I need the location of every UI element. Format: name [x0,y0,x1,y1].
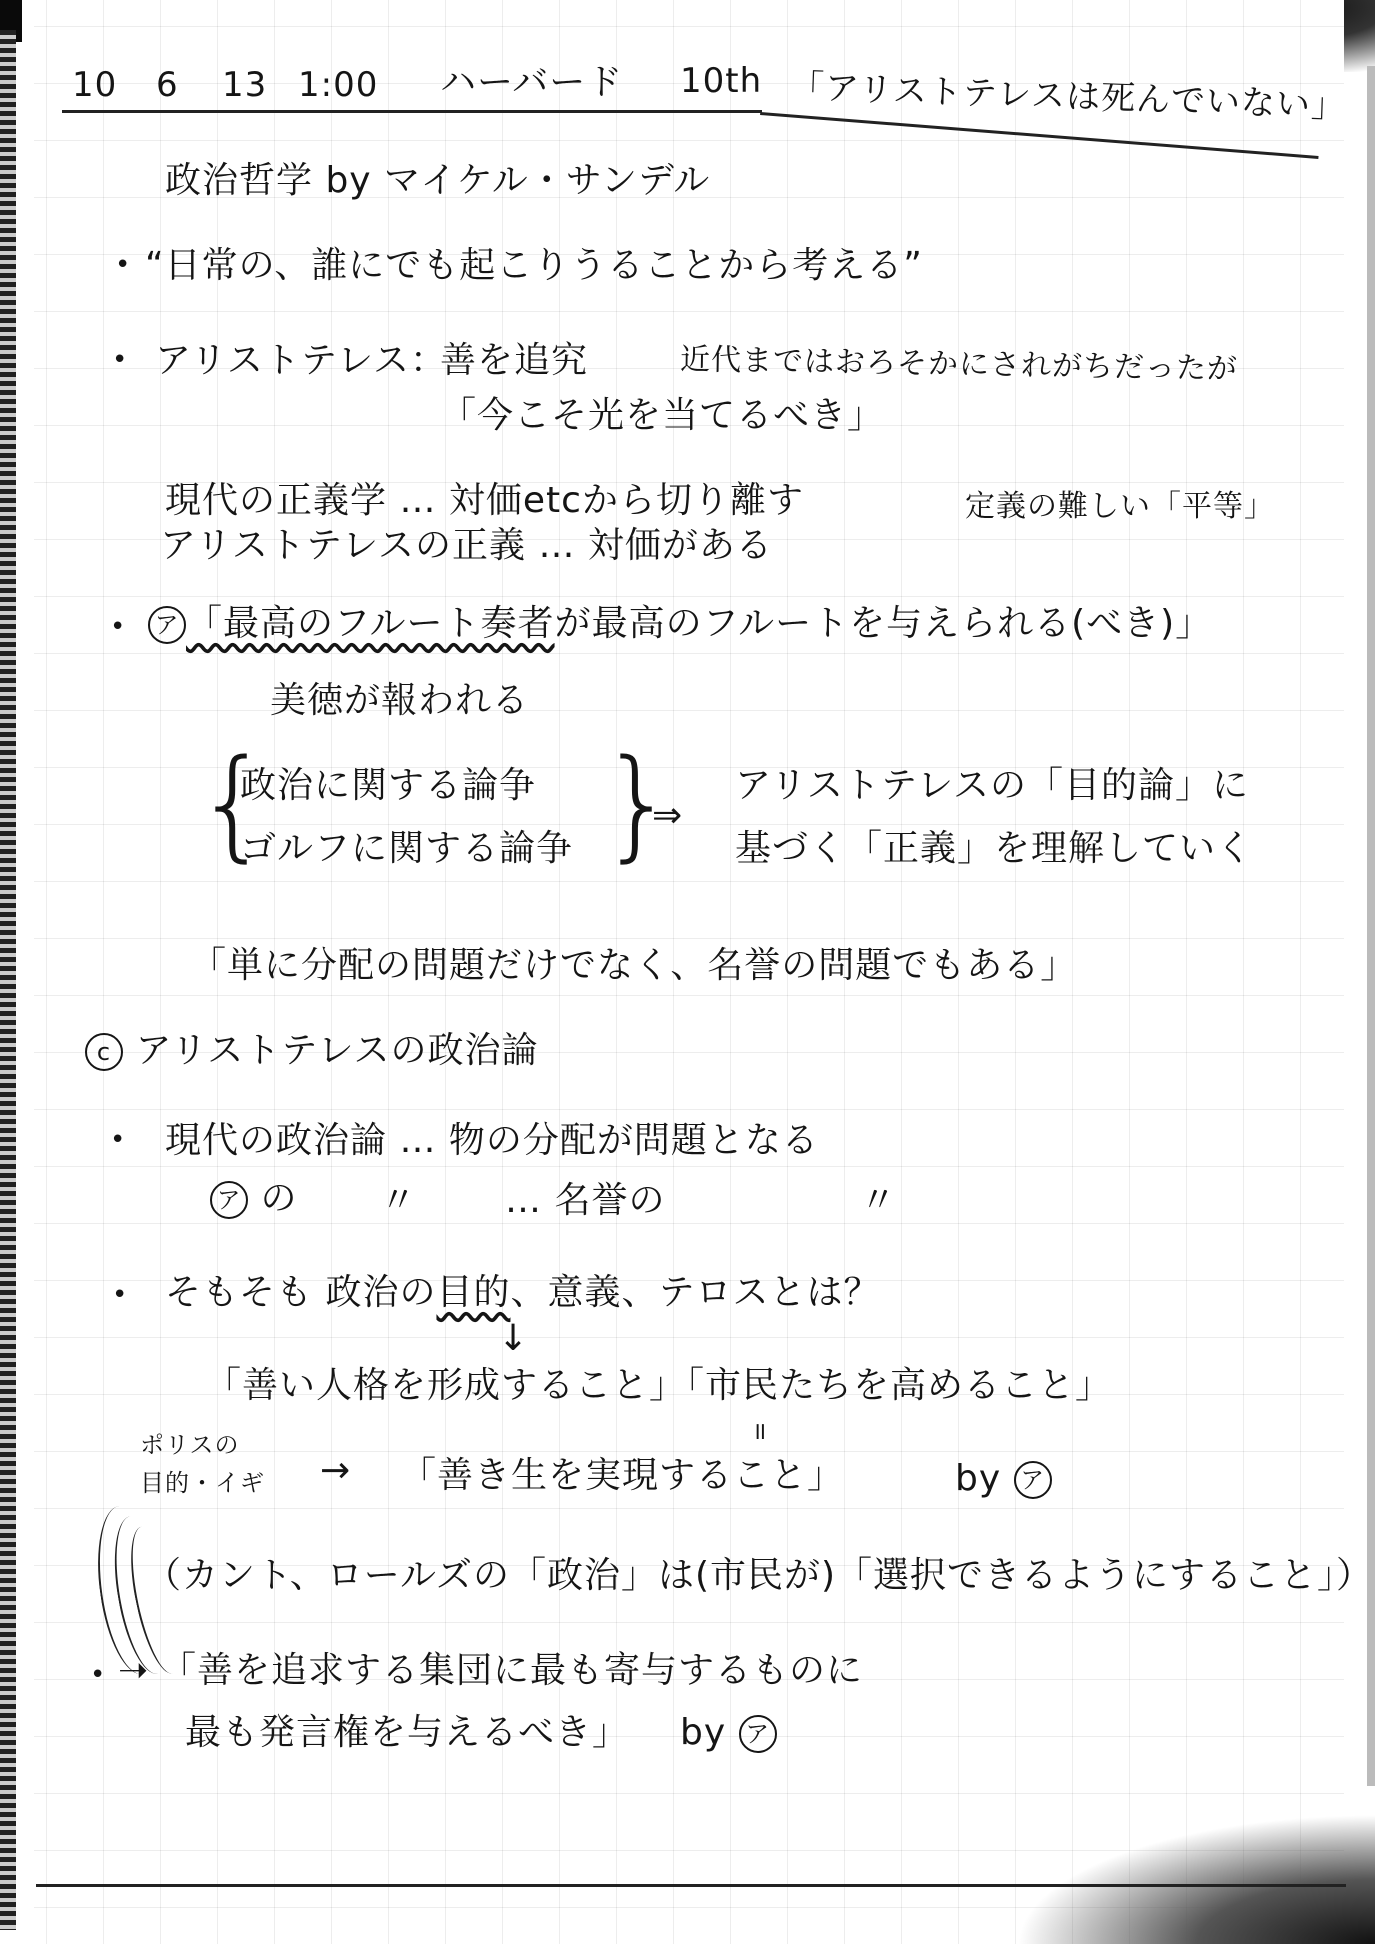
purpose-rest: 、意義、テロスとは？ [510,1272,880,1313]
brace-item-golf: ゴルフに関する論争 [240,828,573,869]
spiral-binding [0,30,16,1930]
note-honor-of: … 名誉の [505,1180,665,1221]
bullet: • [110,1125,125,1155]
note-honor-quote: 「単に分配の問題だけでなく、名誉の問題でもある」 [190,945,1077,986]
by-label: by [955,1458,1001,1499]
purpose-prefix: そもそも 政治の [165,1272,436,1313]
bottom-rule [36,1884,1346,1887]
implies-arrow-icon: ⇒ [652,795,683,836]
section-c-title: アリストテレスの政治論 [135,1030,538,1071]
note-quote-everyday: “日常の、誰にでも起こりうることから考える” [145,245,923,286]
bullet: • [112,345,127,375]
note-purpose-question: そもそも 政治の目的、意義、テロスとは？ [165,1272,880,1313]
note-voice-line1: 「善を追求する集団に最も寄与するものに [160,1650,863,1691]
note-good-life: 「善き生を実現すること」 [400,1455,844,1496]
header-month: 6 [156,66,179,105]
marker-a-circle: ア [210,1181,248,1219]
note-aristotle-text: 善を追究 [440,340,588,381]
section-c-heading: c アリストテレスの政治論 [85,1030,539,1071]
page-shadow-bottom-right [1015,1814,1375,1944]
header-lecture-no: 10th [680,62,762,101]
brace-item-politics: 政治に関する論争 [240,765,536,806]
bullet: • [110,612,125,642]
note-modern-justice: 現代の正義学 … 対価etcから切り離す [165,480,804,521]
note-aristotle-label: アリストテレス： [155,340,447,381]
header-day: 13 [222,66,267,105]
note-aristotle-quote: 「今こそ光を当てるべき」 [440,395,884,436]
bullet: • [90,1660,105,1690]
marker-a-circle: ア [148,606,186,644]
header-time: 1:00 [298,66,378,105]
conclusion-line1: アリストテレスの「目的論」に [735,765,1249,806]
header-rule [62,110,762,117]
purpose-underlined: 目的 [436,1272,510,1313]
particle-no: の [260,1178,297,1219]
conclusion-line2: 基づく「正義」を理解していく [735,828,1253,869]
note-voice-line2: 最も発言権を与えるべき」 [185,1712,629,1753]
by-label: by [680,1712,726,1753]
subtitle: 政治哲学 by マイケル・サンデル [165,160,710,201]
header-year: 10 [72,66,117,105]
note-flute: ア「最高のフルート奏者が最高のフルートを与えられる(べき)」 [148,603,1212,644]
ditto-mark-2: 〃 [860,1180,897,1221]
down-arrow-icon: ↓ [498,1318,529,1359]
note-by-2: by ア [680,1712,777,1753]
arrow-pointer-icon: ➝ [118,1650,149,1691]
note-aristotle-justice: アリストテレスの正義 … 対価がある [160,525,773,566]
bullet: • [115,250,130,280]
equals-mark: ॥ [752,1418,767,1446]
flute-underlined: 「最高のフルート奏者 [186,603,555,644]
note-aristotle-politics: ア の [210,1178,297,1219]
note-equality-aside: 定義の難しい「平等」 [965,490,1275,525]
polis-label-2: 目的・イギ [140,1470,265,1498]
right-arrow-icon: → [320,1450,351,1491]
polis-label-1: ポリスの [140,1432,240,1460]
marker-c-circle: c [85,1033,123,1071]
note-kant-rawls: （カント、ロールズの「政治」は(市民が)「選択できるようにすること」） [145,1555,1373,1596]
note-virtue-rewarded: 美徳が報われる [270,680,529,721]
marker-a-circle: ア [739,1715,777,1753]
note-by-1: by ア [955,1458,1052,1499]
header-source: ハーバード [440,62,623,103]
note-purpose-answer: 「善い人格を形成すること」「市民たちを高めること」 [205,1365,1112,1406]
note-modern-politics: 現代の政治論 … 物の分配が問題となる [165,1120,819,1161]
page-edge [1367,66,1375,1786]
marker-a-circle: ア [1014,1461,1052,1499]
bullet: • [112,1280,127,1310]
ditto-mark-1: 〃 [380,1180,417,1221]
flute-rest: が最高のフルートを与えられる(べき)」 [555,603,1213,644]
